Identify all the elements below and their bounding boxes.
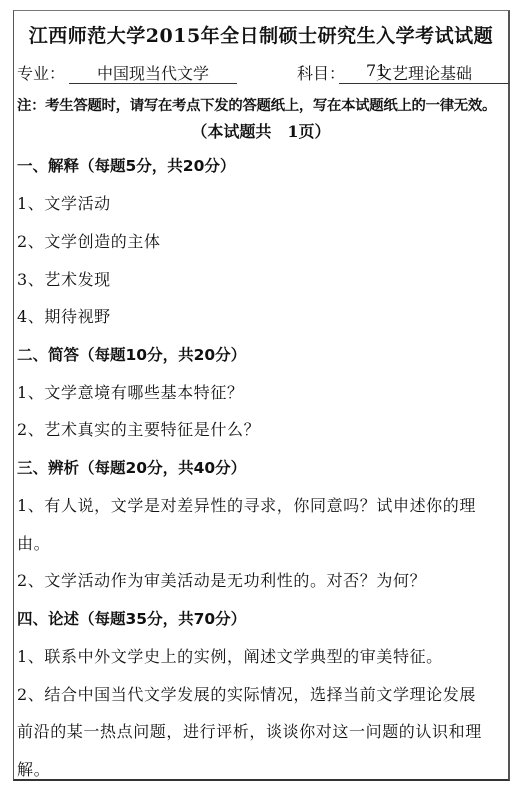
question-item: 1、联系中外文学史上的实例，阐述文学典型的审美特征。 <box>17 644 443 667</box>
section-heading: 一、解释（每题5分，共20分） <box>17 154 235 176</box>
question-item: 2、结合中国当代文学发展的实际情况，选择当前文学理论发展 <box>17 682 476 705</box>
section-heading: 三、辨析（每题20分，共40分） <box>17 456 246 478</box>
question-item: 1、文学意境有哪些基本特征？ <box>17 380 244 403</box>
subject-label: 科目： <box>297 61 345 84</box>
exam-note: 注：考生答题时，请写在考点下发的答题纸上，写在本试题纸上的一律无效。 <box>17 94 496 115</box>
page-count: （本试题共 1页） <box>14 119 508 142</box>
question-item: 4、期待视野 <box>17 304 111 327</box>
question-item: 2、艺术真实的主要特征是什么？ <box>17 417 260 440</box>
question-item: 1、有人说，文学是对差异性的寻求，你同意吗？试申述你的理 <box>17 493 476 516</box>
question-item: 由。 <box>17 531 50 554</box>
subject-value: 文艺理论基础 <box>376 64 472 83</box>
exam-title: 江西师范大学2015年全日制硕士研究生入学考试试题 <box>14 21 508 48</box>
question-item: 解。 <box>17 757 50 780</box>
subject-code: 71 <box>366 61 386 80</box>
question-item: 3、艺术发现 <box>17 267 111 290</box>
subject-field: 71 文艺理论基础 <box>339 61 509 84</box>
major-label: 专业： <box>17 61 65 84</box>
question-item: 2、文学活动作为审美活动是无功利性的。对否？为何？ <box>17 568 426 591</box>
section-heading: 二、简答（每题10分，共20分） <box>17 343 246 365</box>
subject-value-wrap: 71 文艺理论基础 <box>376 61 472 84</box>
major-value: 中国现当代文学 <box>69 61 237 84</box>
exam-sheet: 江西师范大学2015年全日制硕士研究生入学考试试题 专业： 中国现当代文学 科目… <box>13 10 510 781</box>
question-item: 1、文学活动 <box>17 191 111 214</box>
question-item: 前沿的某一热点问题，进行评析，谈谈你对这一问题的认识和理 <box>17 719 482 742</box>
section-heading: 四、论述（每题35分，共70分） <box>17 607 246 629</box>
question-item: 2、文学创造的主体 <box>17 229 161 252</box>
